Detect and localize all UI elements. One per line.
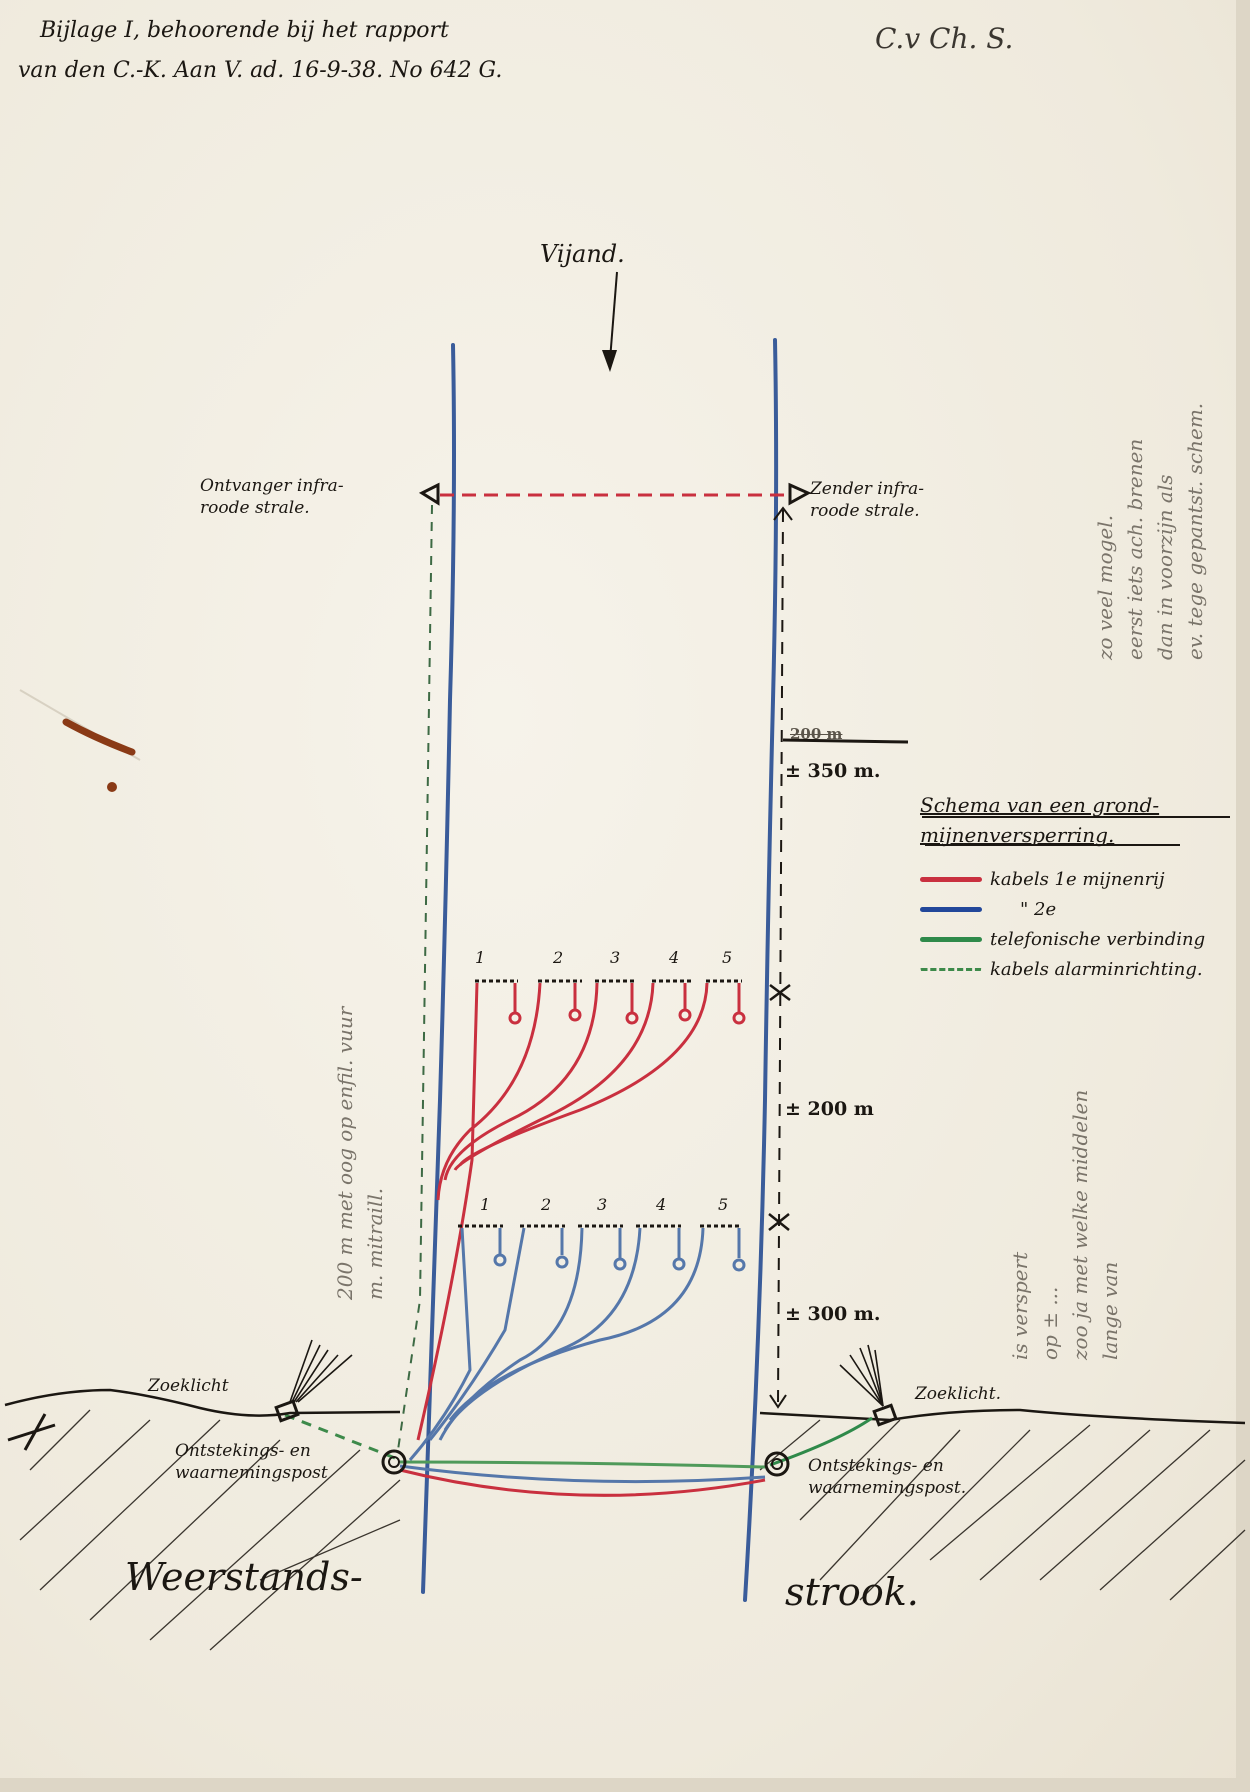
strip-label-right: strook. xyxy=(785,1570,919,1614)
dashed-line-swatch xyxy=(920,968,982,971)
mine-row-1 xyxy=(418,981,744,1440)
road-boundaries xyxy=(423,340,776,1600)
legend-item-red: kabels 1e mijnenrij xyxy=(920,864,1250,894)
searchlight-left-label: Zoeklicht xyxy=(148,1375,229,1397)
alarm-cable-left xyxy=(398,505,432,1450)
arrow-down-icon xyxy=(602,272,617,372)
blue-line-swatch xyxy=(920,907,982,912)
legend-title-1: Schema van een grond- xyxy=(920,790,1250,820)
row2-number: 5 xyxy=(718,1195,728,1214)
distance-crossed-out: 200 m xyxy=(790,725,842,743)
distance-300: ± 300 m. xyxy=(785,1303,881,1325)
searchlight-right-label: Zoeklicht. xyxy=(915,1383,1001,1405)
legend-item-blue: " 2e xyxy=(920,894,1250,924)
sender-triangle-icon xyxy=(790,485,808,503)
pencil-note-top-right: zo veel mogel. eerst iets ach. brenen da… xyxy=(1090,403,1210,660)
header-line-2: van den C.-K. Aan V. ad. 16-9-38. No 642… xyxy=(18,58,502,83)
legend-title-2: mijnenversperring. xyxy=(920,820,1250,850)
pencil-note-left-vertical: 200 m met oog op enfil. vuur m. mitraill… xyxy=(330,1007,390,1300)
document-page: Bijlage I, behoorende bij het rapport va… xyxy=(0,0,1250,1792)
legend-item-dashed: kabels alarminrichting. xyxy=(920,954,1250,984)
row2-number: 4 xyxy=(656,1195,666,1214)
row2-number: 1 xyxy=(480,1195,490,1214)
searchlight-left-icon xyxy=(276,1340,352,1421)
legend-item-green: telefonische verbinding xyxy=(920,924,1250,954)
sender-label: Zender infra- roode strale. xyxy=(810,478,924,522)
searchlight-right-icon xyxy=(840,1345,896,1425)
header-line-1: Bijlage I, behoorende bij het rapport xyxy=(40,18,449,43)
red-line-swatch xyxy=(920,877,982,882)
receiver-triangle-icon xyxy=(422,485,438,503)
row1-number: 5 xyxy=(722,948,732,967)
row1-number: 3 xyxy=(610,948,620,967)
row1-number: 1 xyxy=(475,948,485,967)
rust-stain xyxy=(20,690,140,792)
distance-200: ± 200 m xyxy=(785,1098,874,1120)
row2-number: 2 xyxy=(541,1195,551,1214)
pencil-note-bottom-right: is verspert op ± ... zoo ja met welke mi… xyxy=(1005,1090,1125,1360)
legend: Schema van een grond- mijnenversperring.… xyxy=(920,790,1250,984)
receiver-label: Ontvanger infra- roode strale. xyxy=(200,475,344,519)
post-left-label: Ontstekings- en waarnemingspost xyxy=(175,1440,328,1484)
post-connections xyxy=(400,1418,872,1495)
dimension-line xyxy=(769,508,908,1407)
row2-number: 3 xyxy=(597,1195,607,1214)
archive-stamp: C.v Ch. S. xyxy=(875,22,1013,55)
row1-number: 2 xyxy=(553,948,563,967)
green-line-swatch xyxy=(920,937,982,942)
post-right-label: Ontstekings- en waarnemingspost. xyxy=(808,1455,966,1499)
mine-row-2 xyxy=(410,1226,744,1460)
enemy-direction-label: Vijand. xyxy=(540,240,625,268)
strip-label-left: Weerstands- xyxy=(125,1555,363,1599)
row1-number: 4 xyxy=(669,948,679,967)
distance-350: ± 350 m. xyxy=(785,760,881,782)
